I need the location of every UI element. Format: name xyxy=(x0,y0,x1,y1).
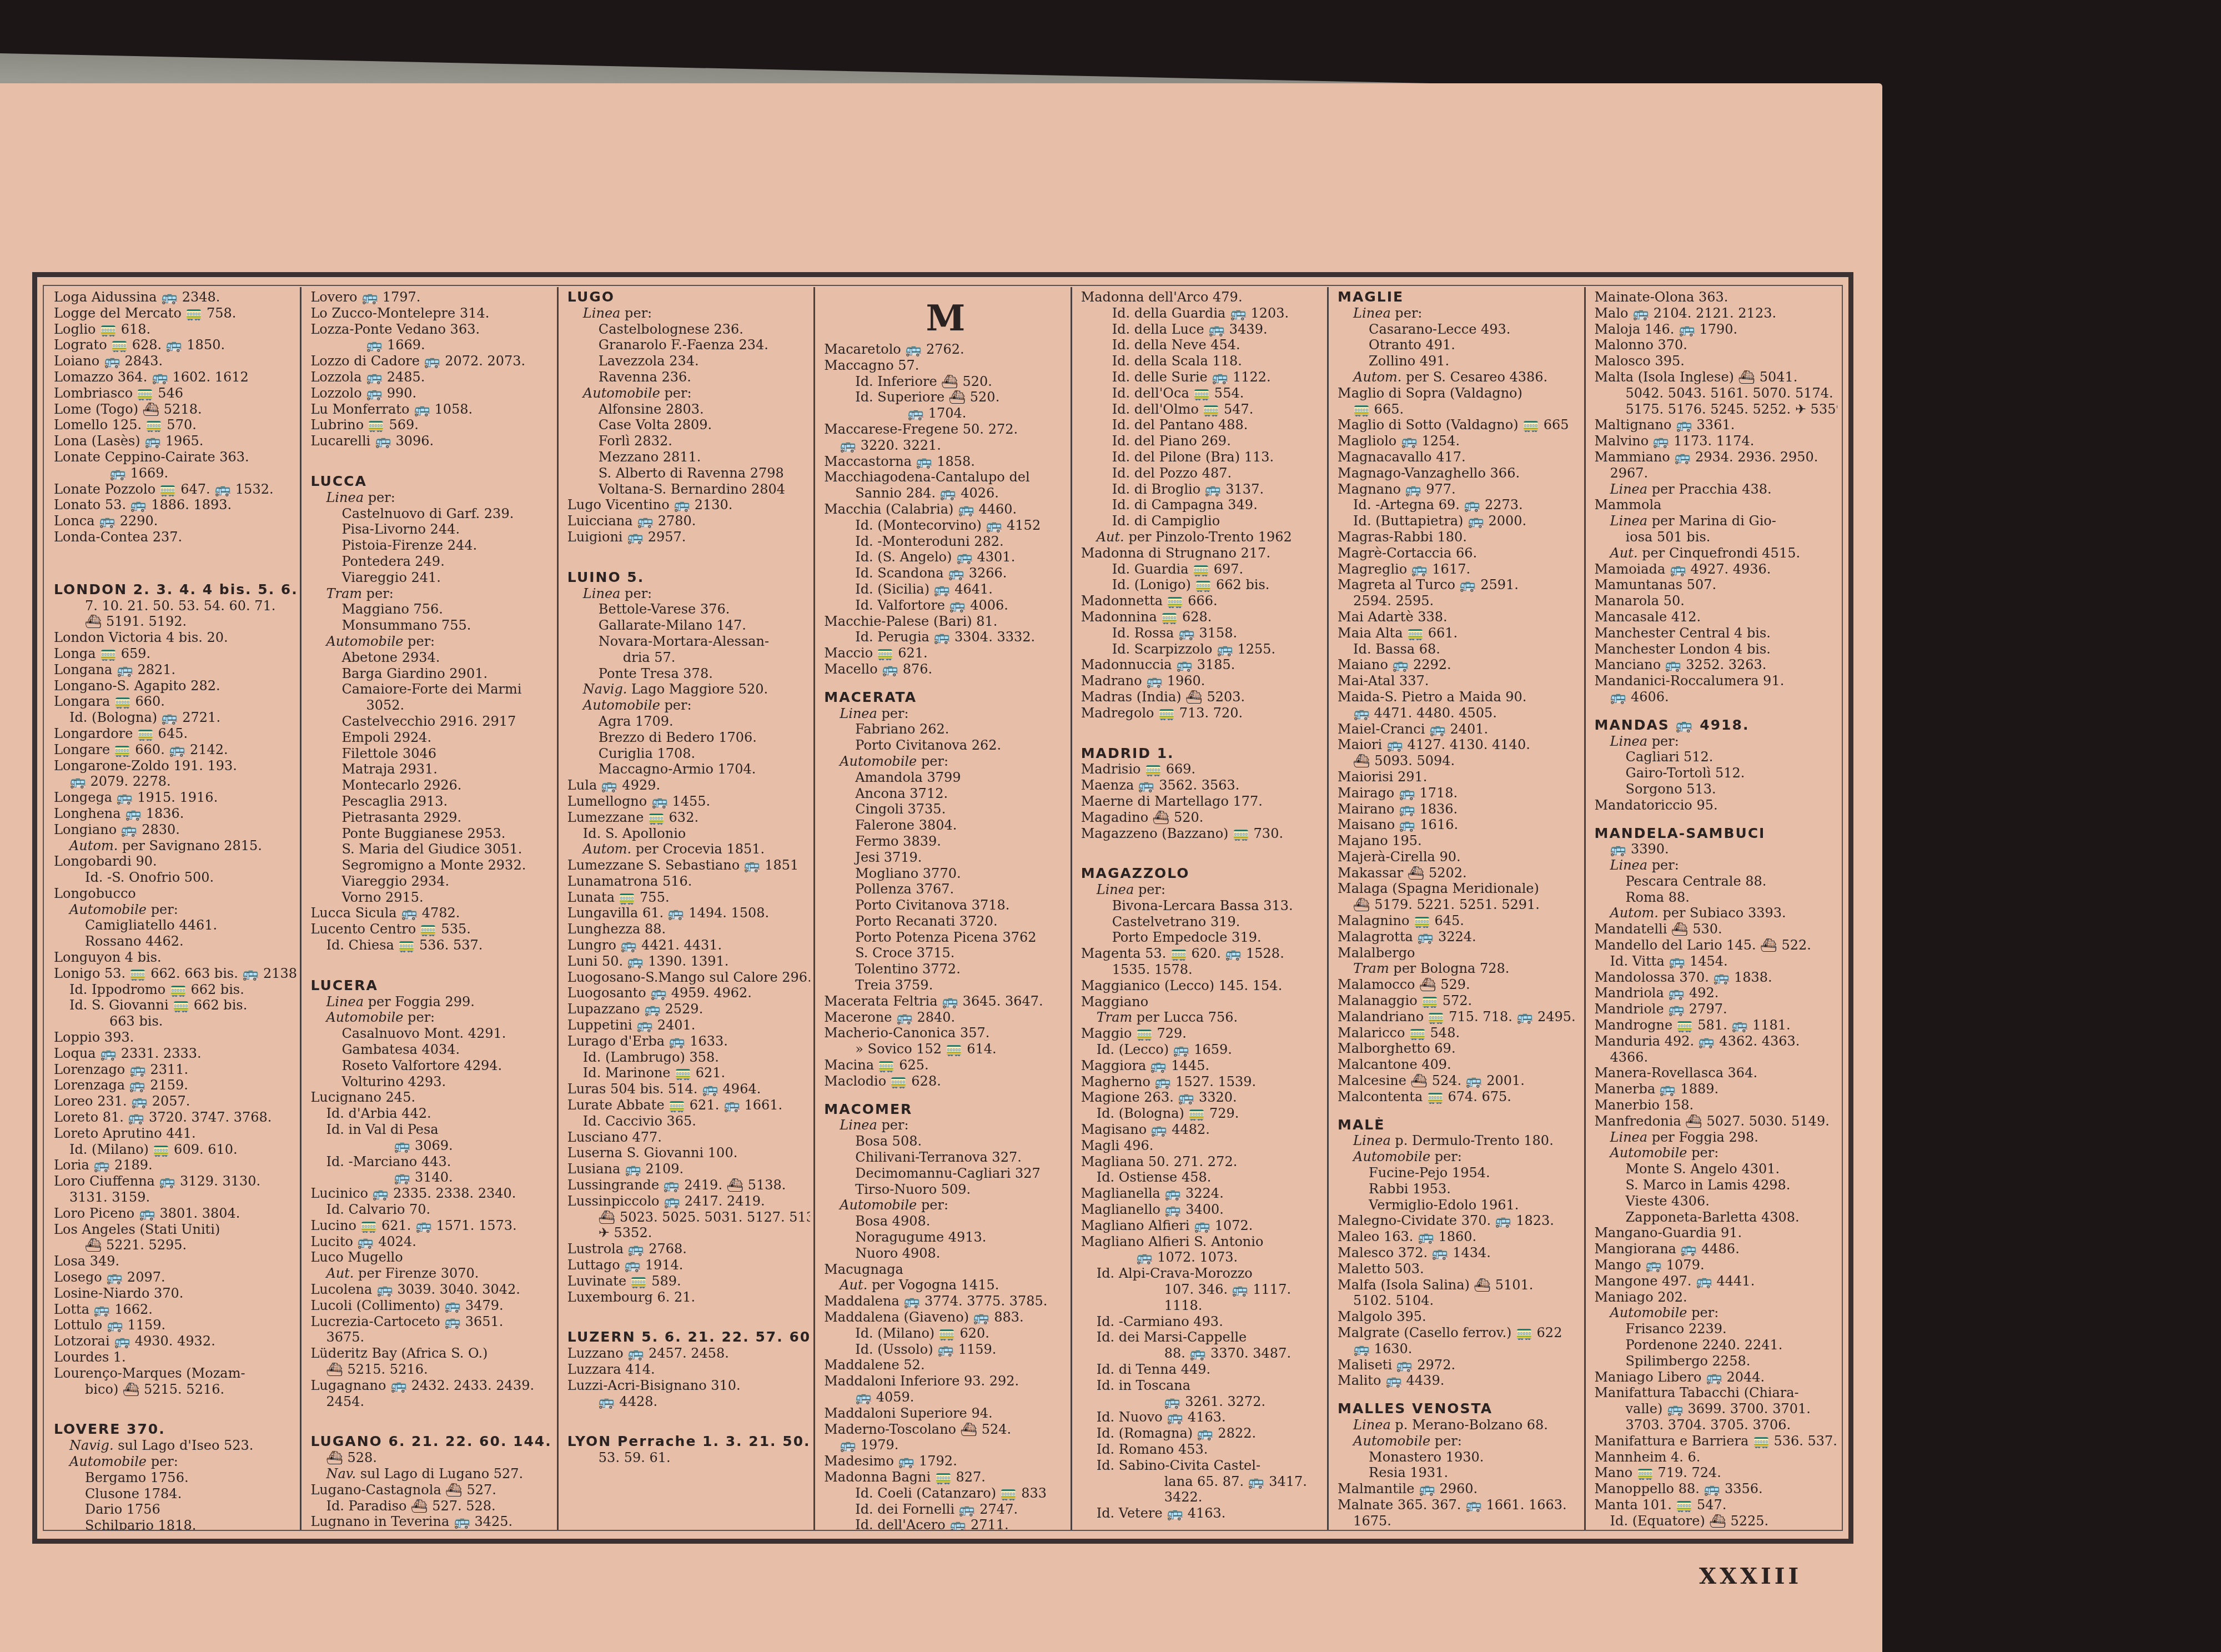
index-entry: Lozzo di Cadore 🚌 2072. 2073. xyxy=(310,353,553,369)
index-entry: Lüderitz Bay (Africa S. O.) xyxy=(310,1345,553,1362)
index-heading: MAGAZZOLO xyxy=(1081,866,1324,882)
index-entry: Lustrola 🚌 2768. xyxy=(567,1241,810,1257)
index-entry: Luzzano 🚌 2457. 2458. xyxy=(567,1345,810,1362)
index-entry: Lourdes 1. xyxy=(54,1349,297,1365)
index-entry: Pescaglia 2913. xyxy=(310,794,553,810)
index-entry: Makassar ⛴ 5202. xyxy=(1338,865,1580,881)
index-entry: Magisano 🚌 4482. xyxy=(1081,1122,1324,1138)
index-entry: Sorgono 513. xyxy=(1595,781,1837,797)
index-entry: Automobile per: xyxy=(567,697,810,714)
index-entry: Lucito 🚌 4024. xyxy=(310,1234,553,1250)
index-entry: Autom. per Subiaco 3393. xyxy=(1595,905,1837,921)
index-entry: Id. di Campiglio xyxy=(1081,513,1324,529)
index-entry: Tolentino 3772. xyxy=(824,961,1067,977)
index-entry: Magnacavallo 417. xyxy=(1338,449,1580,465)
index-entry: Linea per: xyxy=(1595,734,1837,750)
index-entry: Mandriola 🚌 492. xyxy=(1595,985,1837,1001)
index-entry: Id. Ippodromo 🚃 662 bis. xyxy=(54,982,297,998)
index-entry: Aut. per Firenze 3070. xyxy=(310,1266,553,1282)
index-heading: MANDAS 🚌 4918. xyxy=(1595,717,1837,734)
index-entry: 1118. xyxy=(1081,1298,1324,1314)
index-heading: LUGO xyxy=(567,289,810,305)
index-entry: Lucinico 🚌 2335. 2338. 2340. xyxy=(310,1186,553,1202)
index-entry: Magrè-Cortaccia 66. xyxy=(1338,545,1580,561)
index-entry: Roseto Valfortore 4294. xyxy=(310,1058,553,1074)
index-entry: Lunata 🚃 755. xyxy=(567,890,810,906)
index-entry: Maliseti 🚌 2972. xyxy=(1338,1357,1580,1373)
index-entry: Malaricco 🚃 548. xyxy=(1338,1025,1580,1041)
service-type-label: Linea xyxy=(1610,734,1648,749)
index-heading: LUZERN 5. 6. 21. 22. 57. 60. xyxy=(567,1329,810,1345)
index-entry: 2967. xyxy=(1595,465,1837,481)
index-entry: dria 57. xyxy=(567,650,810,666)
index-entry: Loreo 231. 🚌 2057. xyxy=(54,1093,297,1109)
index-entry: Castelnuovo di Garf. 239. xyxy=(310,506,553,522)
index-entry: Id. di Broglio 🚌 3137. xyxy=(1081,481,1324,498)
index-entry: Malgolo 395. xyxy=(1338,1309,1580,1325)
service-type-label: Linea xyxy=(583,305,621,321)
index-entry: Lubrino 🚃 569. xyxy=(310,417,553,433)
index-entry: Id. d'Arbia 442. xyxy=(310,1106,553,1122)
index-entry: Decimomannu-Cagliari 327 xyxy=(824,1166,1067,1182)
index-entry: Monsummano 755. xyxy=(310,617,553,634)
index-entry: Automobile per: xyxy=(1338,1433,1580,1449)
index-entry: Mairago 🚌 1718. xyxy=(1338,785,1580,801)
spacer xyxy=(310,1409,553,1422)
index-entry: Mandriole 🚌 2797. xyxy=(1595,1001,1837,1017)
index-entry: Mandanici-Roccalumera 91. xyxy=(1595,673,1837,689)
index-entry: Loria 🚌 2189. xyxy=(54,1157,297,1173)
index-entry: Forlì 2832. xyxy=(567,433,810,449)
index-entry: Malesco 372. 🚌 1434. xyxy=(1338,1245,1580,1261)
index-entry: Agra 1709. xyxy=(567,714,810,730)
index-entry: 5042. 5043. 5161. 5070. 5174. xyxy=(1595,385,1837,401)
spacer xyxy=(310,449,553,461)
index-entry: Mai-Atal 337. xyxy=(1338,673,1580,689)
index-entry: Monte S. Angelo 4301. xyxy=(1595,1161,1837,1177)
index-entry: Macaretolo 🚌 2762. xyxy=(824,342,1067,358)
index-entry: Id. (Lonigo) 🚃 662 bis. xyxy=(1081,577,1324,593)
index-entry: Lunamatrona 516. xyxy=(567,873,810,890)
index-entry: Id. Valfortore 🚌 4006. xyxy=(824,597,1067,614)
index-entry: Maccio 🚃 621. xyxy=(824,645,1067,661)
index-entry: Aut. per Pinzolo-Trento 1962 xyxy=(1081,529,1324,545)
index-entry: Madonnuccia 🚌 3185. xyxy=(1081,657,1324,673)
index-entry: Linea p. Merano-Bolzano 68. xyxy=(1338,1417,1580,1433)
index-entry: Bosa 508. xyxy=(824,1133,1067,1149)
index-entry: Lucino 🚃 621. 🚌 1571. 1573. xyxy=(310,1218,553,1234)
index-entry: Alfonsine 2803. xyxy=(567,401,810,418)
index-entry: Id. (Equatore) ⛴ 5225. xyxy=(1595,1513,1837,1529)
index-entry: Id. Nuovo 🚌 4163. xyxy=(1081,1409,1324,1425)
index-entry: Castelvetrano 319. xyxy=(1081,914,1324,930)
index-entry: Id. Inferiore ⛴ 520. xyxy=(824,374,1067,390)
index-entry: Loga Aidussina 🚌 2348. xyxy=(54,289,297,305)
index-column-2: Lovero 🚌 1797.Lo Zucco-Montelepre 314.Lo… xyxy=(302,287,558,1530)
index-entry: 107. 346. 🚌 1117. xyxy=(1081,1282,1324,1298)
index-entry: Malvino 🚌 1173. 1174. xyxy=(1595,433,1837,449)
index-heading: MACOMER xyxy=(824,1102,1067,1118)
index-entry: iosa 501 bis. xyxy=(1595,529,1837,545)
index-entry: Viareggio 2934. xyxy=(310,873,553,890)
index-entry: ⛴ 5093. 5094. xyxy=(1338,753,1580,769)
index-entry: Automobile per: xyxy=(54,902,297,918)
spacer xyxy=(310,953,553,966)
index-entry: Lussinpiccolo 🚌 2417. 2419. xyxy=(567,1193,810,1209)
service-type-label: Linea xyxy=(1097,882,1134,897)
page-number: XXXIII xyxy=(1699,1563,1802,1589)
index-entry: 5175. 5176. 5245. 5252. ✈ 5359. xyxy=(1595,401,1837,418)
index-heading: LUCCA xyxy=(310,474,553,490)
service-type-label: Automobile xyxy=(840,754,917,769)
index-entry: Id. Sabino-Civita Castel- xyxy=(1081,1458,1324,1474)
index-entry: ⛴ 5221. 5295. xyxy=(54,1237,297,1253)
index-entry: Linea per: xyxy=(824,1117,1067,1133)
index-entry: Luco Mugello xyxy=(310,1249,553,1266)
index-entry: Id. delle Surie 🚌 1122. xyxy=(1081,369,1324,385)
spacer xyxy=(567,545,810,558)
index-entry: Malagnino 🚃 645. xyxy=(1338,913,1580,929)
index-entry: Castelbolognese 236. xyxy=(567,322,810,338)
index-entry: Lome (Togo) ⛴ 5218. xyxy=(54,401,297,418)
index-entry: Madonnina 🚃 628. xyxy=(1081,609,1324,625)
index-entry: Majano 195. xyxy=(1338,833,1580,849)
index-entry: Dario 1756 xyxy=(54,1502,297,1518)
index-entry: Magherno 🚌 1527. 1539. xyxy=(1081,1074,1324,1090)
index-entry: Bivona-Lercara Bassa 313. xyxy=(1081,898,1324,914)
index-entry: Id. del Pozzo 487. xyxy=(1081,465,1324,481)
index-entry: Longega 🚌 1915. 1916. xyxy=(54,790,297,806)
index-entry: Maltignano 🚌 3361. xyxy=(1595,417,1837,433)
index-entry: Maggiora 🚌 1445. xyxy=(1081,1058,1324,1074)
service-type-label: Automobile xyxy=(326,1010,403,1025)
service-type-label: Automobile xyxy=(69,902,147,917)
spacer xyxy=(1081,721,1324,734)
index-column-5: Madonna dell'Arco 479.Id. della Guardia … xyxy=(1072,287,1329,1530)
service-type-label: Linea xyxy=(1610,1129,1648,1145)
index-entry: Id. in Val di Pesa xyxy=(310,1122,553,1138)
index-entry: Longa 🚃 659. xyxy=(54,646,297,662)
index-entry: Pistoia-Firenze 244. xyxy=(310,538,553,554)
index-entry: Magenta 53. 🚃 620. 🚌 1528. xyxy=(1081,946,1324,962)
index-entry: 4366. xyxy=(1595,1050,1837,1066)
index-entry: Autom. per S. Cesareo 4386. xyxy=(1338,369,1580,385)
index-entry: Longarone-Zoldo 191. 193. xyxy=(54,758,297,774)
index-entry: 🚌 1072. 1073. xyxy=(1081,1249,1324,1266)
index-entry: Mancasale 412. xyxy=(1595,609,1837,625)
index-entry: Malta (Isola Inglese) ⛴ 5041. xyxy=(1595,369,1837,385)
service-type-label: Aut. xyxy=(1097,529,1124,545)
service-type-label: Tram xyxy=(1353,961,1389,976)
index-entry: Maddalena 🚌 3774. 3775. 3785. xyxy=(824,1293,1067,1309)
index-entry: Automobile per: xyxy=(824,754,1067,770)
service-type-label: Linea xyxy=(1353,1417,1391,1433)
index-entry: Loreto 81. 🚌 3720. 3747. 3768. xyxy=(54,1109,297,1126)
index-entry: Maglianella 🚌 3224. xyxy=(1081,1186,1324,1202)
index-entry: Id. dell'Oca 🚃 554. xyxy=(1081,385,1324,401)
index-entry: Id. del Pilone (Bra) 113. xyxy=(1081,449,1324,465)
index-entry: Autom. per Crocevia 1851. xyxy=(567,841,810,857)
index-entry: Vieste 4306. xyxy=(1595,1193,1837,1209)
index-entry: 3131. 3159. xyxy=(54,1189,297,1206)
index-entry: Maccagno 57. xyxy=(824,358,1067,374)
index-entry: Tram per: xyxy=(310,586,553,602)
index-entry: Lotzorai 🚌 4930. 4932. xyxy=(54,1333,297,1349)
index-entry: Magliolo 🚌 1254. xyxy=(1338,433,1580,449)
index-entry: Lomello 125. 🚃 570. xyxy=(54,417,297,433)
service-type-label: Tram xyxy=(1097,1010,1133,1025)
index-entry: 2594. 2595. xyxy=(1338,593,1580,609)
index-entry: Id. dell'Acero 🚌 2711. xyxy=(824,1517,1067,1530)
index-entry: 5102. 5104. xyxy=(1338,1293,1580,1309)
index-entry: Lo Zucco-Montelepre 314. xyxy=(310,305,553,322)
index-entry: Lunghezza 88. xyxy=(567,921,810,937)
index-entry: Maerne di Martellago 177. xyxy=(1081,794,1324,810)
index-entry: Tirso-Nuoro 509. xyxy=(824,1182,1067,1198)
index-entry: Porto Empedocle 319. xyxy=(1081,930,1324,946)
index-entry: Maniago 202. xyxy=(1595,1289,1837,1305)
index-column-3: LUGOLinea per:Castelbolognese 236.Granar… xyxy=(559,287,815,1530)
index-entry: Loreto Aprutino 441. xyxy=(54,1126,297,1142)
index-entry: Macherio-Canonica 357. xyxy=(824,1025,1067,1041)
index-entry: Volturino 4293. xyxy=(310,1074,553,1090)
index-entry: Magliano Alfieri 🚌 1072. xyxy=(1081,1218,1324,1234)
index-entry: Malcesine ⛴ 524. 🚌 2001. xyxy=(1338,1073,1580,1089)
index-entry: Lu Monferrato 🚌 1058. xyxy=(310,401,553,418)
index-entry: Lovero 🚌 1797. xyxy=(310,289,553,305)
index-entry: Camigliatello 4461. xyxy=(54,917,297,933)
index-entry: Lozza-Ponte Vedano 363. xyxy=(310,322,553,338)
index-entry: Linea per: xyxy=(1595,857,1837,873)
index-entry: Id. (Milano) 🚃 609. 610. xyxy=(54,1142,297,1158)
index-entry: Lurate Abbate 🚃 621. 🚌 1661. xyxy=(567,1097,810,1113)
index-entry: 🚌 4428. xyxy=(567,1394,810,1410)
index-entry: Id. Scarpizzolo 🚌 1255. xyxy=(1081,641,1324,657)
index-entry: Maiorisi 291. xyxy=(1338,769,1580,785)
index-entry: Casalnuovo Mont. 4291. xyxy=(310,1026,553,1042)
index-entry: 2454. xyxy=(310,1394,553,1410)
service-type-label: Automobile xyxy=(1610,1145,1687,1161)
index-entry: Id. della Luce 🚌 3439. xyxy=(1081,322,1324,338)
index-entry: Treia 3759. xyxy=(824,977,1067,993)
index-heading: MACERATA xyxy=(824,690,1067,706)
index-entry: Id. Marinone 🚃 621. xyxy=(567,1065,810,1081)
index-entry: Longobucco xyxy=(54,886,297,902)
index-entry: Maia Alta 🚃 661. xyxy=(1338,625,1580,641)
index-entry: Mai Adartè 338. xyxy=(1338,609,1580,625)
index-entry: Fabriano 262. xyxy=(824,721,1067,737)
service-type-label: Linea xyxy=(1610,857,1648,873)
index-entry: Luserna S. Giovanni 100. xyxy=(567,1145,810,1161)
index-entry: Magliano Alfieri S. Antonio xyxy=(1081,1234,1324,1250)
index-entry: Madonna di Strugnano 217. xyxy=(1081,545,1324,561)
index-entry: Ancona 3712. xyxy=(824,786,1067,802)
index-entry: Longano-S. Agapito 282. xyxy=(54,678,297,694)
index-entry: Macello 🚌 876. xyxy=(824,661,1067,677)
index-entry: Manciano 🚌 3252. 3263. xyxy=(1595,657,1837,673)
index-heading: LUGANO 6. 21. 22. 60. 144. xyxy=(310,1434,553,1450)
index-entry: Barga Giardino 2901. xyxy=(310,666,553,682)
index-entry: Magione 263. 🚌 3320. xyxy=(1081,1089,1324,1106)
index-entry: Id. (Bologna) 🚌 2721. xyxy=(54,710,297,726)
index-entry: Id. Paradiso ⛴ 527. 528. xyxy=(310,1498,553,1514)
index-entry: 3052. xyxy=(310,697,553,714)
index-entry: Automobile per: xyxy=(1595,1305,1837,1321)
service-type-label: Automobile xyxy=(583,385,660,401)
index-entry: Manoppello 88. 🚌 3356. xyxy=(1595,1481,1837,1497)
index-entry: ⛴ 5215. 5216. xyxy=(310,1362,553,1378)
index-entry: Id. S. Apollonio xyxy=(567,826,810,842)
index-entry: Pontedera 249. xyxy=(310,554,553,570)
index-entry: S. Alberto di Ravenna 2798 xyxy=(567,465,810,481)
index-entry: Lussingrande 🚌 2419. ⛴ 5138. xyxy=(567,1177,810,1193)
service-type-label: Linea xyxy=(1610,481,1648,497)
index-entry: Otranto 491. xyxy=(1338,337,1580,353)
index-entry: Ravenna 236. xyxy=(567,369,810,385)
index-entry: Rossano 4462. xyxy=(54,933,297,950)
index-entry: Fermo 3839. xyxy=(824,833,1067,850)
index-entry: Lucolena 🚌 3039. 3040. 3042. xyxy=(310,1282,553,1298)
index-entry: Maddalena (Giaveno) 🚌 883. xyxy=(824,1309,1067,1325)
index-entry: Mango 🚌 1079. xyxy=(1595,1257,1837,1273)
index-entry: 🚌 3140. xyxy=(310,1169,553,1186)
index-heading: LUCERA xyxy=(310,978,553,994)
index-entry: S. Maria del Giudice 3051. xyxy=(310,841,553,857)
index-entry: Losego 🚌 2097. xyxy=(54,1269,297,1286)
index-entry: bico) ⛴ 5215. 5216. xyxy=(54,1382,297,1398)
index-entry: Gambatesa 4034. xyxy=(310,1042,553,1058)
index-column-1: Loga Aidussina 🚌 2348.Logge del Mercato … xyxy=(45,287,302,1530)
index-entry: Longardore 🚃 645. xyxy=(54,726,297,742)
index-entry: Cingoli 3735. xyxy=(824,801,1067,817)
index-entry: Id. della Scala 118. xyxy=(1081,353,1324,369)
index-entry: Los Angeles (Stati Uniti) xyxy=(54,1222,297,1238)
index-entry: 🚌 4606. xyxy=(1595,689,1837,705)
index-entry: Luttago 🚌 1914. xyxy=(567,1257,810,1273)
index-entry: 3422. xyxy=(1081,1489,1324,1505)
index-entry: Lonate Pozzolo 🚃 647. 🚌 1532. xyxy=(54,481,297,498)
index-entry: Manerbio 158. xyxy=(1595,1097,1837,1113)
index-entry: 53. 59. 61. xyxy=(567,1450,810,1466)
service-type-label: Autom. xyxy=(1353,369,1401,385)
index-entry: Lonato 53. 🚌 1886. 1893. xyxy=(54,497,297,513)
index-entry: Nav. sul Lago di Lugano 527. xyxy=(310,1466,553,1482)
index-entry: Magnago-Vanzaghello 366. xyxy=(1338,465,1580,481)
book-page: Loga Aidussina 🚌 2348.Logge del Mercato … xyxy=(0,83,1882,1652)
index-entry: Ponte Buggianese 2953. xyxy=(310,826,553,842)
index-entry: S. Marco in Lamis 4298. xyxy=(1595,1177,1837,1193)
index-entry: Zapponeta-Barletta 4308. xyxy=(1595,1209,1837,1226)
index-entry: Mammiano 🚌 2934. 2936. 2950. xyxy=(1595,449,1837,465)
index-entry: Macerata Feltria 🚌 3645. 3647. xyxy=(824,993,1067,1010)
index-entry: Clusone 1784. xyxy=(54,1486,297,1502)
index-entry: Noragugume 4913. xyxy=(824,1229,1067,1246)
index-entry: 🚌 1669. xyxy=(54,465,297,481)
index-entry: Lusciano 477. xyxy=(567,1129,810,1146)
index-entry: Maisano 🚌 1616. xyxy=(1338,817,1580,833)
index-entry: Nuoro 4908. xyxy=(824,1246,1067,1262)
index-entry: Jesi 3719. xyxy=(824,850,1067,866)
index-entry: Automobile per: xyxy=(310,634,553,650)
index-entry: Malandriano 🚃 715. 718. 🚌 2495. xyxy=(1338,1009,1580,1025)
index-entry: Navig. sul Lago d'Iseo 523. xyxy=(54,1438,297,1454)
index-entry: Zollino 491. xyxy=(1338,353,1580,369)
service-type-label: Autom. xyxy=(1610,905,1659,921)
index-entry: Luigioni 🚌 2957. xyxy=(567,529,810,545)
index-entry: Id. Bassa 68. xyxy=(1338,641,1580,657)
index-heading: MAGLIE xyxy=(1338,289,1580,305)
index-entry: 1675. xyxy=(1338,1513,1580,1529)
index-entry: Linea per Marina di Gio- xyxy=(1595,513,1837,529)
index-entry: Maniago Libero 🚌 2044. xyxy=(1595,1369,1837,1385)
index-entry: Autom. per Savignano 2815. xyxy=(54,838,297,854)
index-entry: Maida-S. Pietro a Maida 90. xyxy=(1338,689,1580,705)
index-entry: Luogosanto 🚌 4959. 4962. xyxy=(567,985,810,1001)
index-entry: Camaiore-Forte dei Marmi xyxy=(310,681,553,697)
index-heading: MANDELA-SAMBUCI xyxy=(1595,826,1837,842)
index-entry: Magli 496. xyxy=(1081,1138,1324,1154)
service-type-label: Linea xyxy=(1353,305,1391,321)
service-type-label: Aut. xyxy=(1610,545,1638,561)
index-entry: Bosa 4908. xyxy=(824,1213,1067,1229)
spacer xyxy=(567,1305,810,1317)
index-column-6: MAGLIELinea per:Casarano-Lecce 493.Otran… xyxy=(1329,287,1585,1530)
index-entry: Mamoiada 🚌 4927. 4936. xyxy=(1595,561,1837,578)
index-heading: MALLES VENOSTA xyxy=(1338,1401,1580,1417)
index-entry: Longana 🚌 2821. xyxy=(54,662,297,678)
index-entry: Lonca 🚌 2290. xyxy=(54,513,297,529)
index-entry: Id. Guardia 🚃 697. xyxy=(1081,561,1324,578)
index-entry: Id. Vetere 🚌 4163. xyxy=(1081,1505,1324,1522)
index-entry: Id. Superiore ⛴ 520. xyxy=(824,389,1067,405)
index-entry: Maggianico (Lecco) 145. 154. xyxy=(1081,978,1324,994)
index-entry: Sannio 284. 🚌 4026. xyxy=(824,485,1067,501)
index-entry: Id. Ostiense 458. xyxy=(1081,1169,1324,1186)
index-entry: Voltana-S. Bernardino 2804 xyxy=(567,481,810,498)
index-entry: Mandrogne 🚃 581. 🚌 1181. xyxy=(1595,1017,1837,1033)
service-type-label: Automobile xyxy=(1353,1433,1430,1449)
index-entry: Maggio 🚃 729. xyxy=(1081,1026,1324,1042)
index-entry: Id. (Lecco) 🚌 1659. xyxy=(1081,1042,1324,1058)
index-entry: Ponte Tresa 378. xyxy=(567,666,810,682)
index-entry: Maccagno-Armio 1704. xyxy=(567,761,810,777)
index-entry: Casarano-Lecce 493. xyxy=(1338,322,1580,338)
index-entry: Linea p. Dermulo-Trento 180. xyxy=(1338,1133,1580,1149)
service-type-label: Autom. xyxy=(583,841,631,857)
index-entry: Majerà-Cirella 90. xyxy=(1338,849,1580,865)
service-type-label: Linea xyxy=(583,586,621,601)
index-entry: Pollenza 3767. xyxy=(824,881,1067,897)
index-entry: Tram per Bologna 728. xyxy=(1338,961,1580,977)
index-entry: Matraja 2931. xyxy=(310,761,553,777)
index-entry: Lusiana 🚌 2109. xyxy=(567,1161,810,1177)
index-entry: S. Croce 3715. xyxy=(824,945,1067,961)
index-entry: Malanaggio 🚃 572. xyxy=(1338,993,1580,1009)
index-entry: Maderno-Toscolano ⛴ 524. xyxy=(824,1422,1067,1438)
index-entry: Id. Chiesa 🚃 536. 537. xyxy=(310,937,553,953)
index-entry: 🚌 1669. xyxy=(310,337,553,353)
index-entry: Id. Coeli (Catanzaro) 🚃 833 xyxy=(824,1485,1067,1502)
index-heading: LYON Perrache 1. 3. 21. 50. xyxy=(567,1434,810,1450)
index-entry: Lomazzo 364. 🚌 1602. 1612 xyxy=(54,369,297,385)
index-entry: Linea per Foggia 298. xyxy=(1595,1129,1837,1146)
index-entry: Id. (Ussolo) 🚌 1159. xyxy=(824,1342,1067,1358)
index-entry: Pietrasanta 2929. xyxy=(310,810,553,826)
index-entry: Lula 🚌 4929. xyxy=(567,777,810,794)
index-entry: Cagliari 512. xyxy=(1595,749,1837,765)
index-entry: Id. (Romagna) 🚌 2822. xyxy=(1081,1425,1324,1442)
service-type-label: Linea xyxy=(326,490,364,505)
